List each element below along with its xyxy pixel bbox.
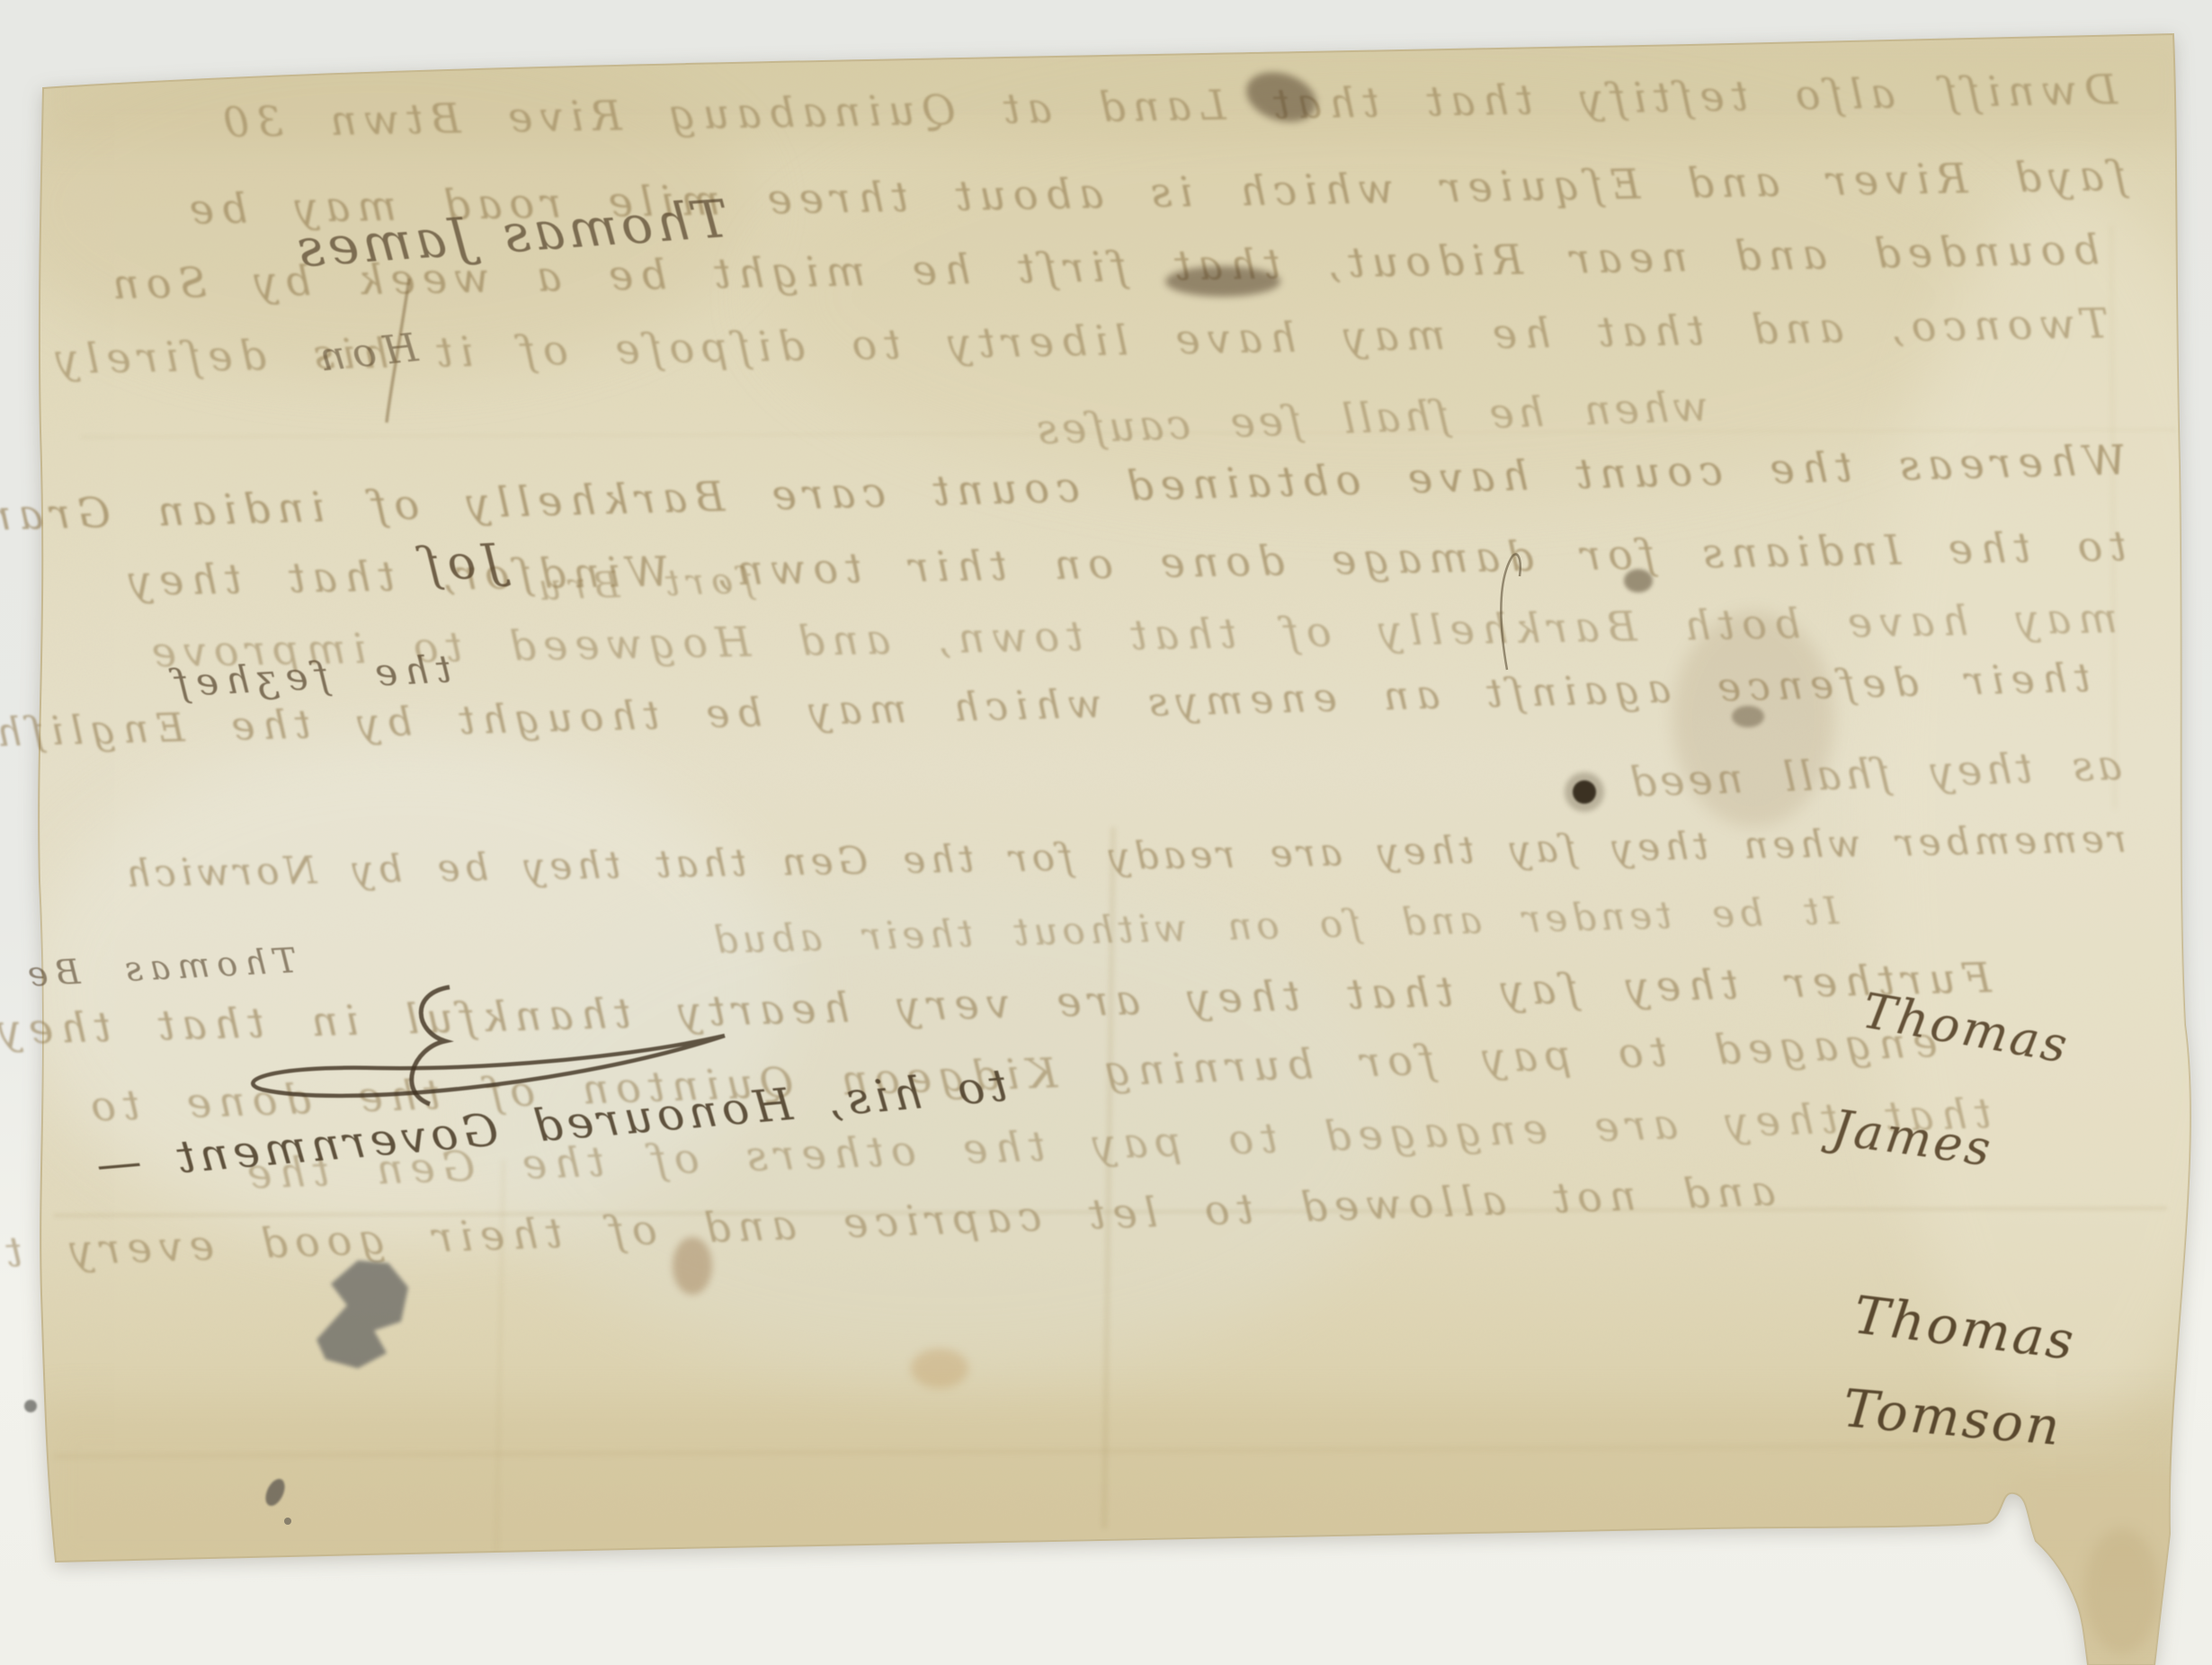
signature-james-right: James [1829,1099,1997,1177]
signature-thomas-right: Thomas [1859,982,2074,1073]
signature-tomson-bottom: Tomson [1841,1377,2065,1457]
signatures-layer: Thomas James Thomas Tomson [0,0,2212,1665]
signature-thomas-bottom: Thomas [1851,1284,2080,1372]
manuscript-scan: Dwniſſ alſo teſtify that that Land at Qu… [0,0,2212,1665]
